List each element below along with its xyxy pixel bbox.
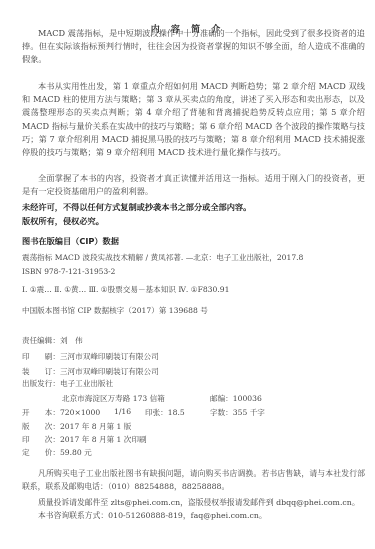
cip-catalog-line: 震荡指标 MACD 波段实战技术精解 / 黄凤祁著. —北京：电子工业出版社，2… xyxy=(22,252,303,263)
edition-label: 版 次： xyxy=(22,422,60,431)
sheets-label: 印张： xyxy=(145,408,168,417)
postcode-value: 100036 xyxy=(233,394,262,403)
cip-heading: 图书在版编目（CIP）数据 xyxy=(22,236,119,247)
publisher-row: 出版发行：电子工业出版社 xyxy=(22,378,113,389)
wordcount-row: 字数：355 千字 xyxy=(210,407,265,418)
summary-paragraph-2: 本书从实用性出发，第 1 章重点介绍如何用 MACD 判断趋势；第 2 章介绍 … xyxy=(22,80,365,159)
binding-row: 装 订：三河市双峰印刷装订有限公司 xyxy=(22,366,159,377)
format-row: 开 本：720×1000 xyxy=(22,407,100,418)
rights-reserved: 版权所有，侵权必究。 xyxy=(22,216,104,227)
price-label: 定 价： xyxy=(22,448,60,457)
editor-value: 刘 伟 xyxy=(60,336,83,345)
editor-row: 责任编辑：刘 伟 xyxy=(22,335,83,346)
price-value: 59.80 元 xyxy=(60,448,92,457)
binding-label: 装 订： xyxy=(22,367,60,376)
footer-complaint-emails: 质量投诉请发邮件至 zlts@phei.com.cn，盗版侵权举报请发邮件到 d… xyxy=(38,497,360,508)
price-row: 定 价：59.80 元 xyxy=(22,447,92,458)
cip-isbn: ISBN 978-7-121-31953-2 xyxy=(22,267,115,276)
printing-value: 三河市双峰印刷装订有限公司 xyxy=(60,352,159,361)
printing-label: 印 刷： xyxy=(22,352,60,361)
sheets-row: 印张：18.5 xyxy=(145,407,185,418)
footer-return-policy: 凡所购买电子工业出版社图书有缺损问题，请向购买书店调换。若书店售缺，请与本社发行… xyxy=(22,467,365,493)
impression-row: 印 次：2017 年 8 月第 1 次印刷 xyxy=(22,434,147,445)
editor-label: 责任编辑： xyxy=(22,336,60,345)
cip-classification: Ⅰ. ①震… Ⅱ. ①黄… Ⅲ. ①股票交易－基本知识 Ⅳ. ①F830.91 xyxy=(22,284,229,295)
format-value: 720×1000 xyxy=(60,408,100,417)
cip-number: 中国版本图书馆 CIP 数据核字（2017）第 139688 号 xyxy=(22,305,208,316)
sheets-value: 18.5 xyxy=(168,408,185,417)
postcode-row: 邮编：100036 xyxy=(210,393,262,404)
format-label: 开 本： xyxy=(22,408,60,417)
publisher-value: 电子工业出版社 xyxy=(60,379,113,388)
copyright-page: 内 容 简 介 MACD 震荡指标，是中短期波段操作中十分准确的一个指标，因此受… xyxy=(0,0,375,549)
impression-label: 印 次： xyxy=(22,435,60,444)
postcode-label: 邮编： xyxy=(210,394,233,403)
printing-row: 印 刷：三河市双峰印刷装订有限公司 xyxy=(22,351,159,362)
address-value: 北京市海淀区万寿路 173 信箱 xyxy=(62,393,165,404)
copyright-warning: 未经许可，不得以任何方式复制或抄袭本书之部分或全部内容。 xyxy=(22,202,251,213)
summary-paragraph-1: MACD 震荡指标，是中短期波段操作中十分准确的一个指标，因此受到了很多投资者的… xyxy=(22,27,365,67)
edition-row: 版 次：2017 年 8 月第 1 版 xyxy=(22,421,131,432)
summary-paragraph-3: 全面掌握了本书的内容，投资者才真正读懂并活用这一指标。适用于刚入门的投资者，更是… xyxy=(22,172,365,198)
publisher-label: 出版发行： xyxy=(22,379,60,388)
format-fraction: 1/16 xyxy=(114,407,131,416)
footer-contact: 本书咨询联系方式：010-51260888-819，faq@phei.com.c… xyxy=(38,510,267,521)
impression-value: 2017 年 8 月第 1 次印刷 xyxy=(60,435,147,444)
wordcount-label: 字数： xyxy=(210,408,233,417)
wordcount-value: 355 千字 xyxy=(233,408,265,417)
edition-value: 2017 年 8 月第 1 版 xyxy=(60,422,131,431)
binding-value: 三河市双峰印刷装订有限公司 xyxy=(60,367,159,376)
